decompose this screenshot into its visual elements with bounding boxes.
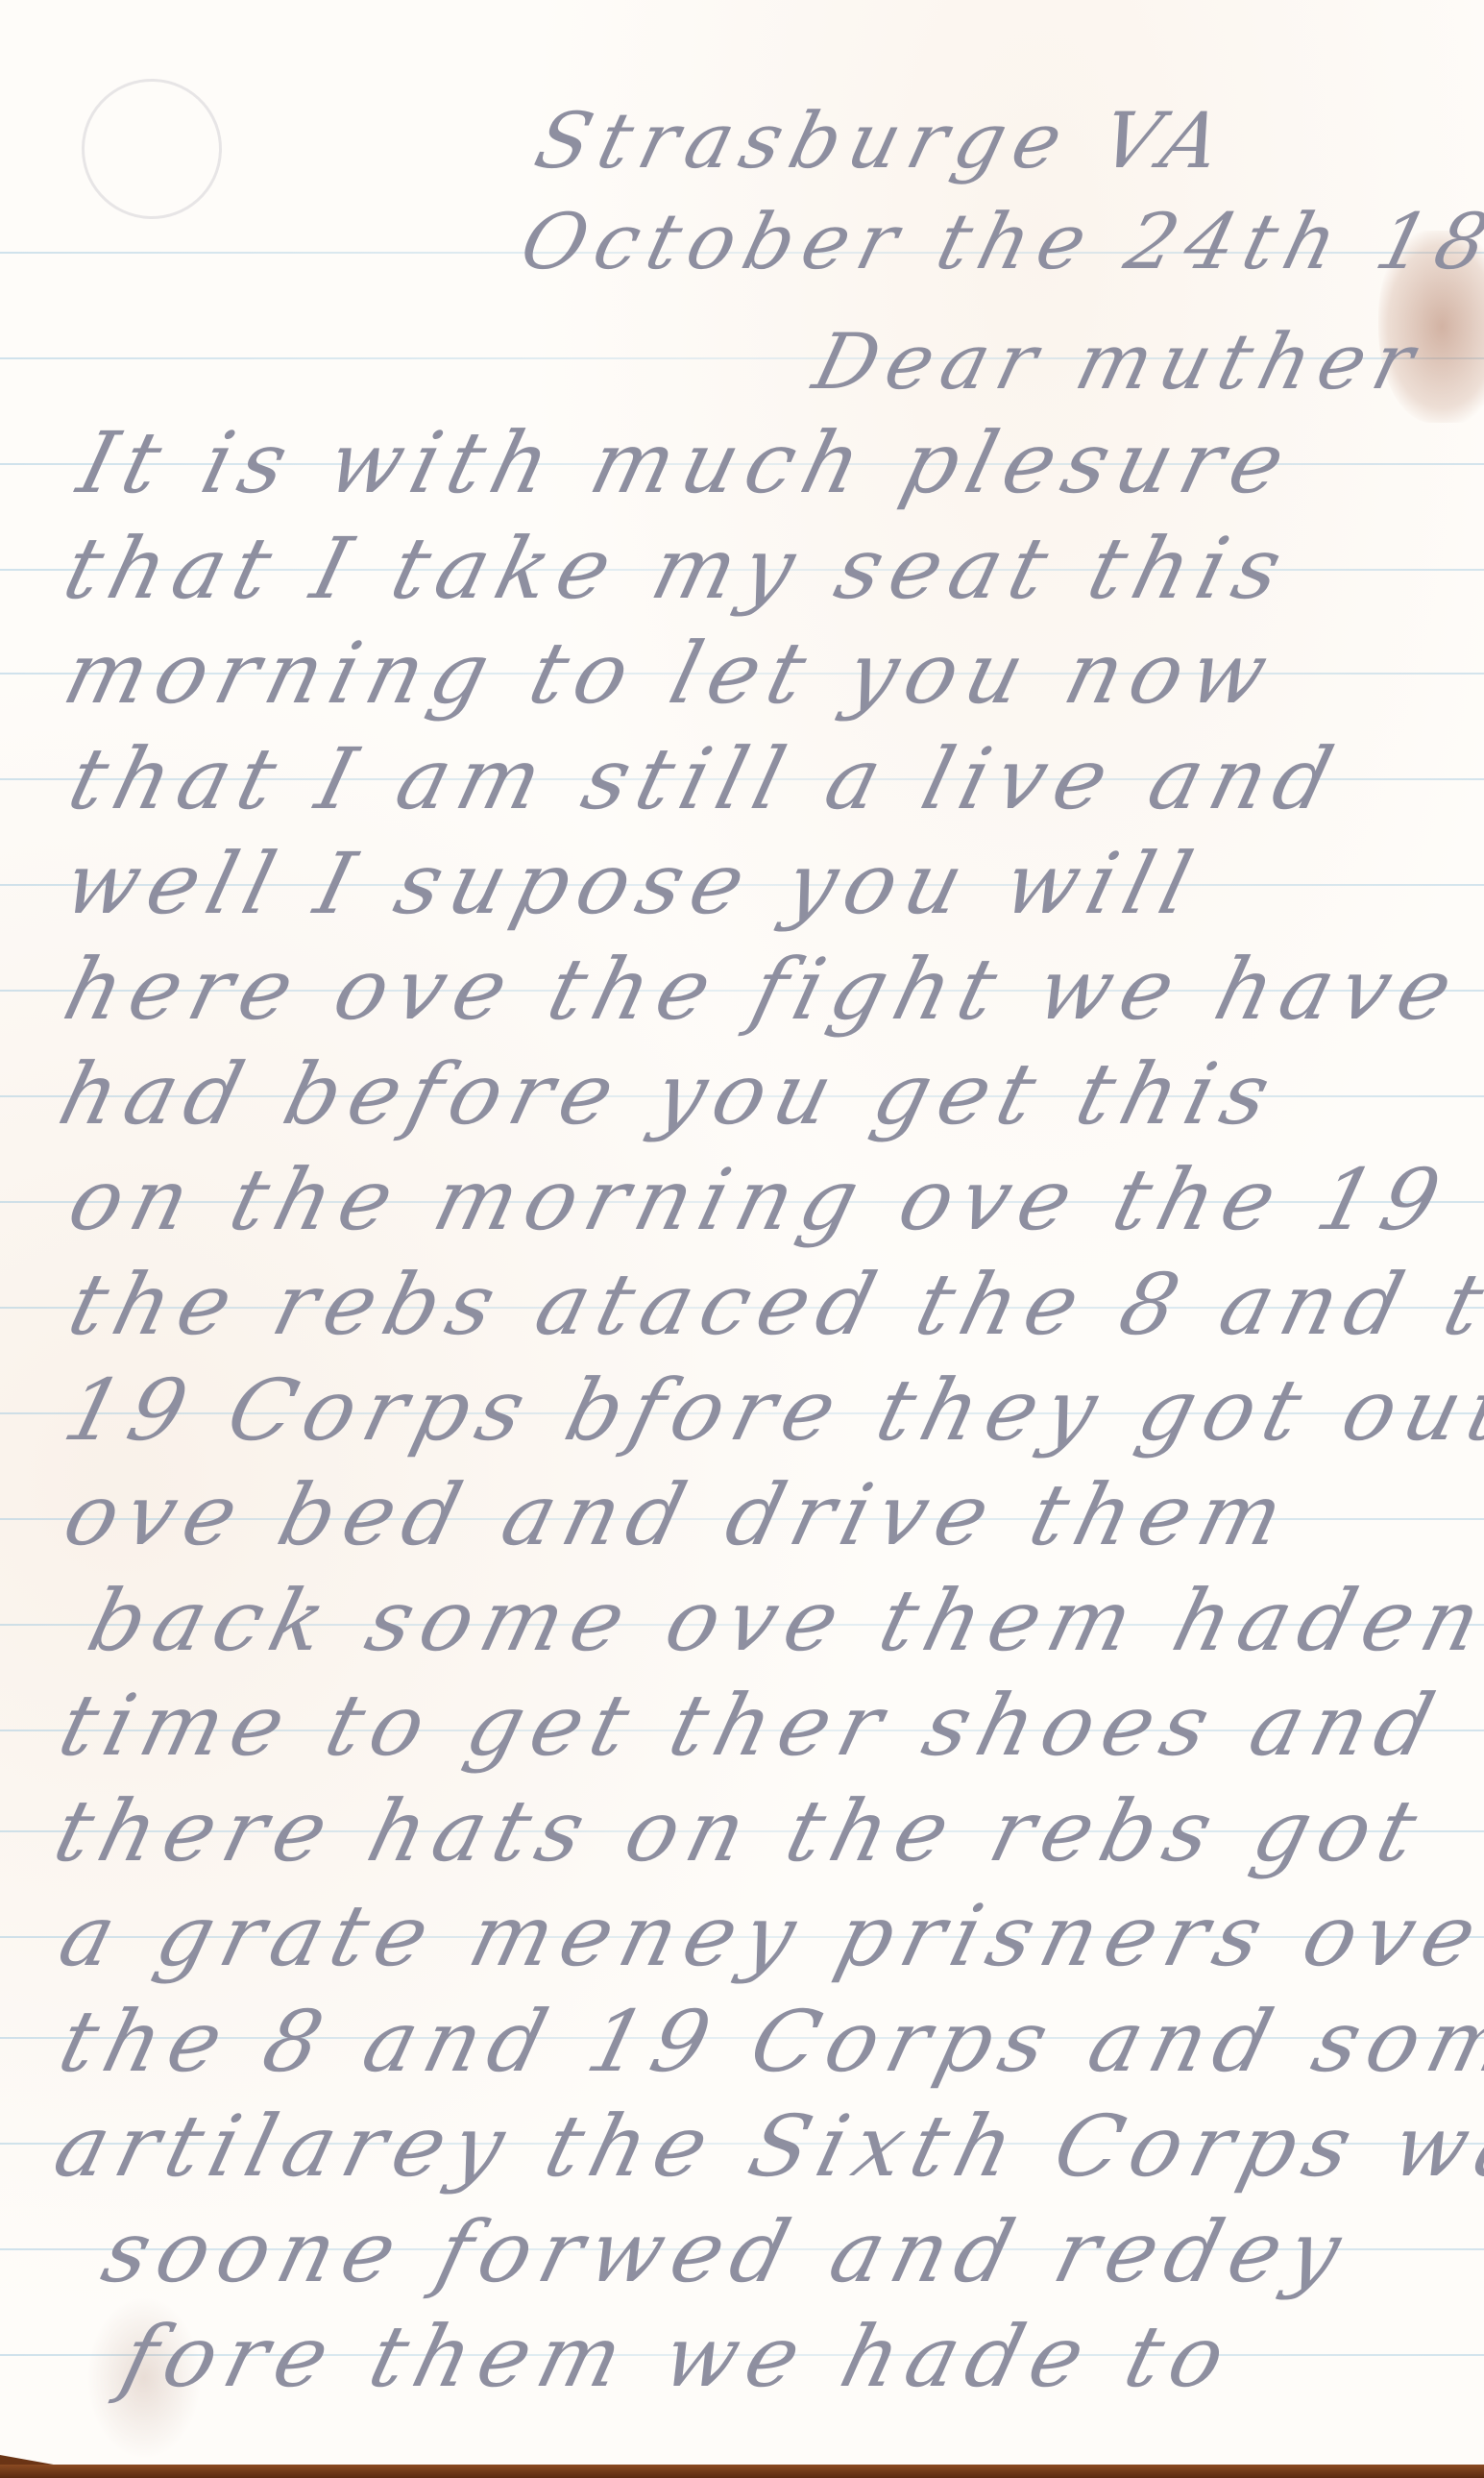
letter-date: October the 24th 1864	[512, 197, 1484, 286]
letter-page: Strasburge VA October the 24th 1864 Dear…	[0, 0, 1484, 2465]
embossed-stamp-icon	[61, 59, 241, 238]
letter-line: that I take my seat this	[55, 519, 1301, 618]
letter-place: Strasburge VA	[526, 96, 1239, 185]
letter-line: It is with much plesure	[69, 413, 1303, 512]
table-edge	[0, 2465, 1484, 2478]
letter-line: here ove the fight we have	[55, 940, 1472, 1039]
letter-line: ove bed and drive them	[55, 1465, 1302, 1564]
letter-line: that I am still a live and	[60, 729, 1351, 828]
letter-line: 19 Corps bfore they got out	[55, 1361, 1484, 1460]
letter-line: artilarey the Sixth Corps was	[45, 2097, 1484, 2196]
letter-line: fore them we hade to	[112, 2307, 1244, 2406]
letter-line: morning to let you now	[55, 624, 1286, 723]
letter-line: the rebs ataced the 8 and the	[60, 1255, 1484, 1354]
letter-line: time to get ther shoes and	[50, 1676, 1452, 1775]
letter-salutation: Dear muther	[805, 317, 1432, 406]
letter-line: there hats on the rebs got	[45, 1781, 1436, 1880]
letter-line: on the morning ove the 19	[60, 1150, 1459, 1249]
letter-line: back some ove them hadent	[79, 1571, 1484, 1670]
letter-line: a grate meney prisners ove	[50, 1886, 1484, 1985]
letter-line: well I supose you will	[55, 834, 1211, 933]
letter-line: had before you get this	[50, 1044, 1289, 1143]
letter-line: soone forwed and redey	[93, 2202, 1360, 2301]
letter-line: the 8 and 19 Corps and some	[50, 1992, 1484, 2091]
